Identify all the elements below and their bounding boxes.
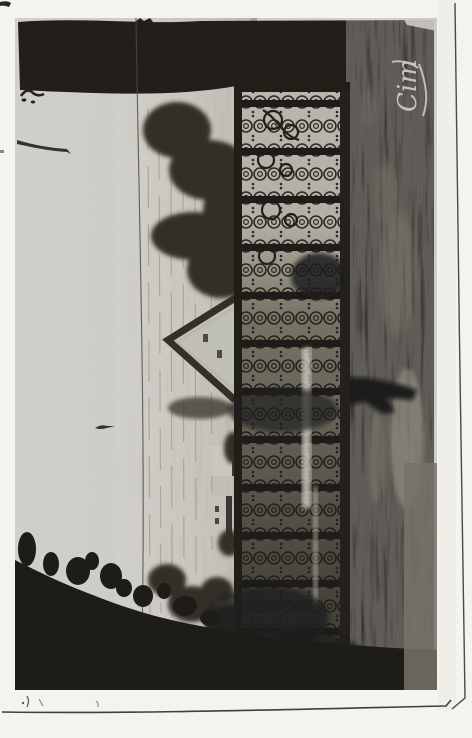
film-grain-light-overlay — [15, 18, 437, 690]
margin-shade — [438, 0, 456, 710]
photo-canvas: Cim — [15, 18, 437, 690]
corner-speck — [0, 1, 11, 7]
postcard-scan: Cim — [0, 0, 472, 738]
right-edge-line — [452, 3, 465, 709]
pencil-dot — [22, 702, 24, 704]
bottom-edge-line — [2, 700, 451, 712]
photo-image: Cim — [15, 18, 437, 690]
edge-speck — [0, 150, 4, 153]
pencil-marks — [27, 696, 98, 707]
